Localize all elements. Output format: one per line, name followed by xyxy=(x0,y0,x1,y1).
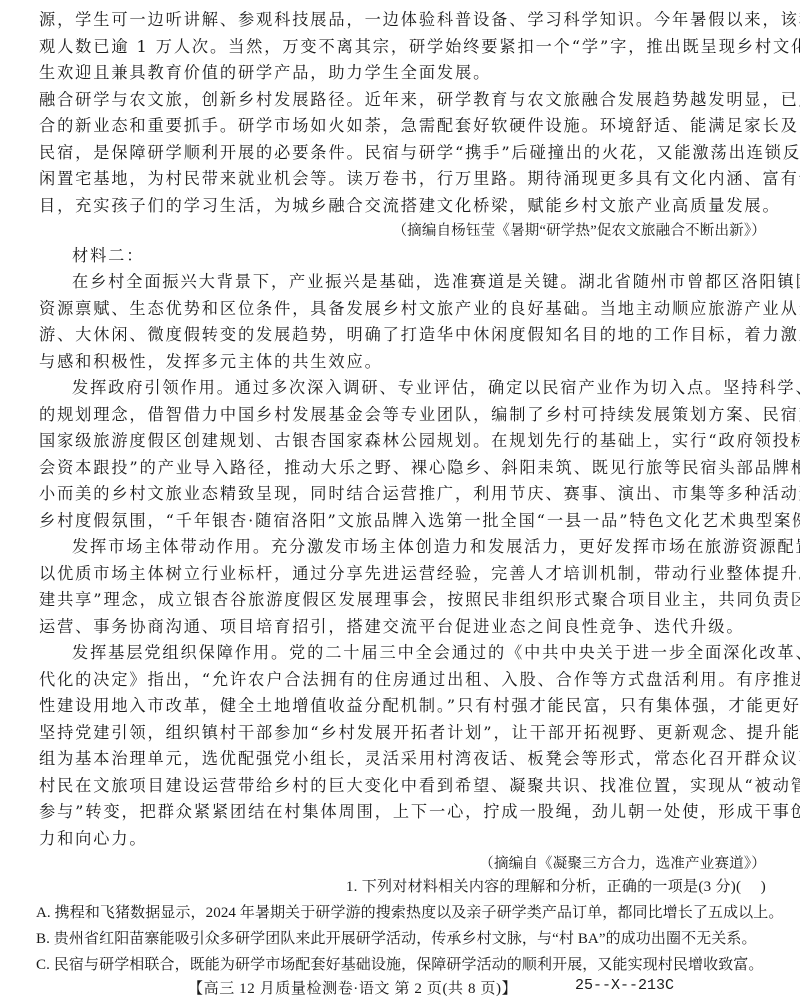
paragraph-line: 会资本跟投”的产业导入路径，推动大乐之野、裸心隐乡、斜阳耒筑、既见行旅等民宿头部… xyxy=(39,455,766,481)
paragraph-line: 以优质市场主体树立行业标杆，通过分享先进运营经验，完善人才培训机制，带动行业整体… xyxy=(39,561,766,587)
paragraph-line: 乡村度假氛围，“千年银杏·随宿洛阳”文旅品牌入选第一批全国“一县一品”特色文化艺… xyxy=(39,508,766,534)
paragraph-line: 与感和积极性，发挥多元主体的共生效应。 xyxy=(39,349,766,375)
paragraph-line: 代化的决定》指出，“允许农户合法拥有的住房通过出租、入股、合作等方式盘活利用。有… xyxy=(39,667,766,693)
paragraph-line: 小而美的乡村文旅业态精致呈现，同时结合运营推广，利用节庆、赛事、演出、市集等多种… xyxy=(39,481,766,507)
paper-code: 25--X--213C xyxy=(575,977,674,994)
option-c: C. 民宿与研学相联合，既能为研学市场配套好基础设施，保障研学活动的顺利开展，又… xyxy=(36,952,763,978)
section-heading: 材料二： xyxy=(72,243,766,269)
paragraph-line: 发挥政府引领作用。通过多次深入调研、专业评估，确定以民宿产业作为切入点。坚持科学… xyxy=(72,375,766,401)
paragraph-line: 资源禀赋、生态优势和区位条件，具备发展乡村文旅产业的良好基础。当地主动顺应旅游产… xyxy=(39,296,766,322)
paragraph-line: 的规划理念，借智借力中国乡村发展基金会等专业团队，编制了乡村可持续发展策划方案、… xyxy=(39,402,766,428)
paragraph-line: 村民在文旅项目建设运营带给乡村的巨大变化中看到希望、凝聚共识、找准位置，实现从“… xyxy=(39,773,766,799)
citation: （摘编自杨钰莹《暑期“研学热”促农文旅融合不断出新》） xyxy=(39,218,766,244)
paragraph-line: 闲置宅基地，为村民带来就业机会等。读万卷书，行万里路。期待涌现更多具有文化内涵、… xyxy=(39,166,766,192)
paragraph-line: 合的新业态和重要抓手。研学市场如火如荼，急需配套好软硬件设施。环境舒适、能满足家… xyxy=(39,113,766,139)
option-a: A. 携程和飞猪数据显示，2024 年暑期关于研学游的搜索热度以及亲子研学类产品… xyxy=(36,900,763,926)
paragraph-line: 运营、事务协商沟通、项目培育招引，搭建交流平台促进业态之间良性竞争、迭代升级。 xyxy=(39,614,766,640)
paragraph-line: 游、大休闲、微度假转变的发展趋势，明确了打造华中休闲度假知名目的地的工作目标，着… xyxy=(39,322,766,348)
option-b: B. 贵州省红阳苗寨能吸引众多研学团队来此开展研学活动，传承乡村文脉，与“村 B… xyxy=(36,926,763,952)
paragraph-line: 建共享”理念，成立银杏谷旅游度假区发展理事会，按照民非组织形式聚合项目业主，共同… xyxy=(39,587,766,613)
paragraph-line: 坚持党建引领，组织镇村干部参加“乡村发展开拓者计划”，让干部开拓视野、更新观念、… xyxy=(39,720,766,746)
paragraph-line: 融合研学与农文旅，创新乡村发展路径。近年来，研学教育与农文旅融合发展趋势越发明显… xyxy=(39,87,766,113)
paragraph-line: 力和向心力。 xyxy=(39,826,766,852)
paragraph-line: 源，学生可一边听讲解、参观科技展品，一边体验科普设备、学习科学知识。今年暑假以来… xyxy=(39,7,766,33)
paragraph-line: 在乡村全面振兴大背景下，产业振兴是基础，选准赛道是关键。湖北省随州市曾都区洛阳镇… xyxy=(72,269,766,295)
paragraph-line: 组为基本治理单元，选优配强党小组长，灵活采用村湾夜话、板凳会等形式，常态化召开群… xyxy=(39,746,766,772)
paragraph-line: 性建设用地入市改革，健全土地增值收益分配机制。”只有村强才能民富，只有集体强，才… xyxy=(39,693,766,719)
paragraph-line: 国家级旅游度假区创建规划、古银杏国家森林公园规划。在规划先行的基础上，实行“政府… xyxy=(39,428,766,454)
paragraph-line: 目，充实孩子们的学习生活，为城乡融合交流搭建文化桥梁，赋能乡村文旅产业高质量发展… xyxy=(39,193,766,219)
question-stem: 1. 下列对材料相关内容的理解和分析，正确的一项是(3 分)( ) xyxy=(39,874,766,900)
paragraph-line: 发挥基层党组织保障作用。党的二十届三中全会通过的《中共中央关于进一步全面深化改革… xyxy=(72,640,766,666)
paragraph-line: 生欢迎且兼具教育价值的研学产品，助力学生全面发展。 xyxy=(39,60,766,86)
paragraph-line: 观人数已逾 1 万人次。当然，万变不离其宗，研学始终要紧扣一个“学”字，推出既呈… xyxy=(39,34,766,60)
paragraph-line: 发挥市场主体带动作用。充分激发市场主体创造力和发展活力，更好发挥市场在旅游资源配… xyxy=(72,534,766,560)
page-footer-label: 【高三 12 月质量检测卷·语文 第 2 页(共 8 页)】 xyxy=(188,977,517,998)
paragraph-line: 民宿，是保障研学顺利开展的必要条件。民宿与研学“携手”后碰撞出的火花，又能激荡出… xyxy=(39,140,766,166)
paragraph-line: 参与”转变，把群众紧紧团结在村集体周围，上下一心，拧成一股绳，劲儿朝一处使，形成… xyxy=(39,799,766,825)
